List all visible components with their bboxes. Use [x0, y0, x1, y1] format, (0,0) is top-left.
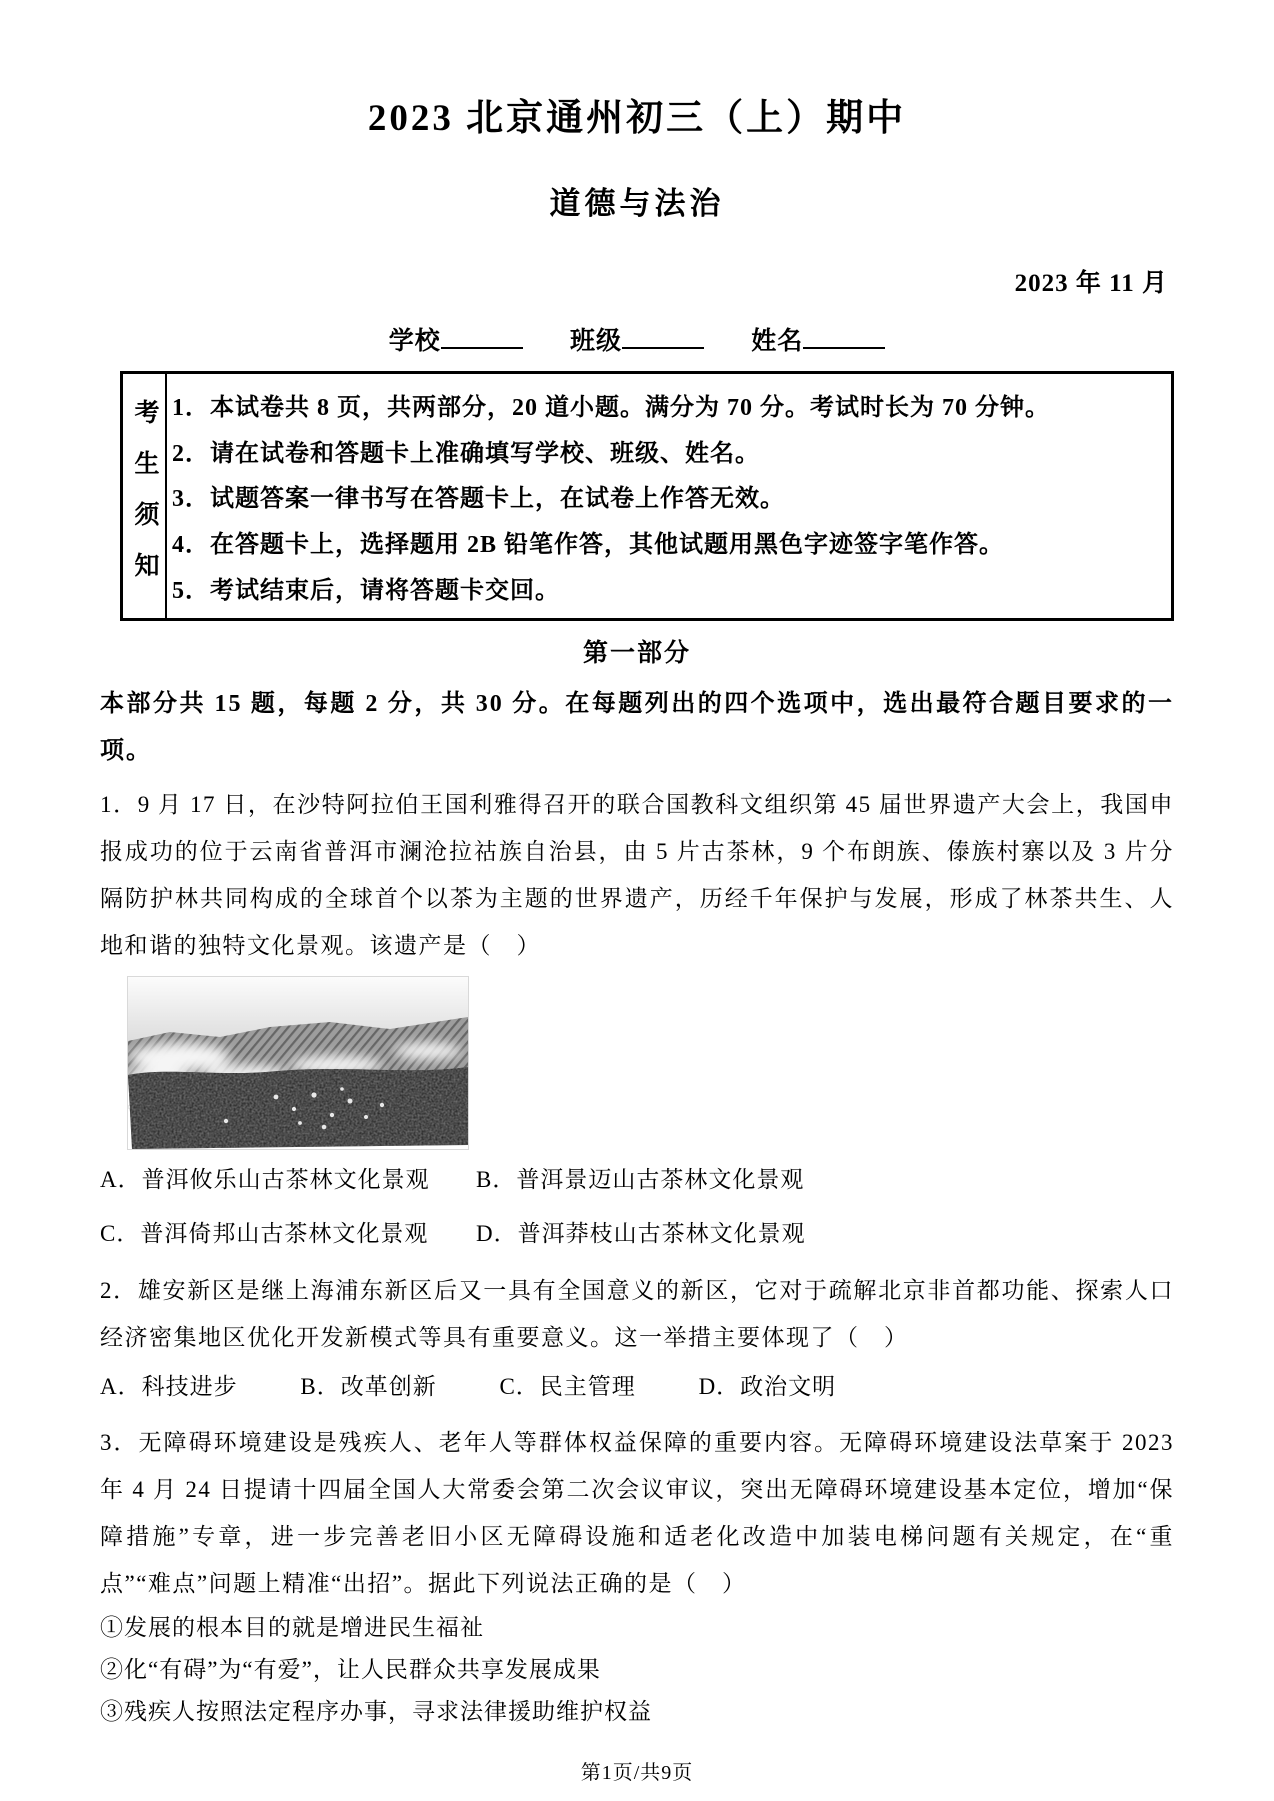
question-2-option-a: A．科技进步: [100, 1374, 238, 1399]
question-3-statement-3: ③残疾人按照法定程序办事，寻求法律援助维护权益: [100, 1691, 1174, 1733]
part1-heading: 第一部分: [100, 633, 1174, 669]
question-3-statement-2: ②化“有碍”为“有爱”，让人民群众共享发展成果: [100, 1649, 1174, 1691]
notice-item-3: 3．试题答案一律书写在答题卡上，在试卷上作答无效。: [172, 478, 1169, 513]
exam-paper-page: 2023 北京通州初三（上）期中 道德与法治 2023 年 11 月 学校 班级…: [0, 0, 1274, 1801]
question-1-options: A．普洱攸乐山古茶林文化景观 B．普洱景迈山古茶林文化景观 C．普洱倚邦山古茶林…: [100, 1153, 1174, 1261]
class-fill-group: 班级: [570, 328, 704, 355]
part1-intro: 本部分共 15 题，每题 2 分，共 30 分。在每题列出的四个选项中，选出最符…: [100, 681, 1174, 775]
page-footer: 第1页/共9页: [0, 1756, 1274, 1785]
exam-date: 2023 年 11 月: [100, 263, 1174, 299]
tea-forest-photo-svg: [128, 977, 468, 1149]
notice-item-2: 2．请在试卷和答题卡上准确填写学校、班级、姓名。: [172, 433, 1169, 468]
notice-item-1: 1．本试卷共 8 页，共两部分，20 道小题。满分为 70 分。考试时长为 70…: [172, 387, 1169, 422]
question-3-statement-1: ①发展的根本目的就是增进民生福祉: [100, 1607, 1174, 1649]
question-1-photo: [128, 977, 468, 1149]
question-1-option-b: B．普洱景迈山古茶林文化景观: [476, 1153, 1174, 1207]
photo-forest-texture: [128, 1067, 468, 1149]
question-1-option-d: D．普洱莽枝山古茶林文化景观: [476, 1207, 1174, 1261]
candidate-notice-box: 考生须知 1．本试卷共 8 页，共两部分，20 道小题。满分为 70 分。考试时…: [120, 371, 1174, 621]
question-1-option-c: C．普洱倚邦山古茶林文化景观: [100, 1207, 476, 1261]
class-blank-field[interactable]: [622, 322, 704, 349]
school-fill-group: 学校: [389, 328, 523, 355]
question-2-options: A．科技进步 B．改革创新 C．民主管理 D．政治文明: [100, 1361, 1174, 1413]
subject-title: 道德与法治: [100, 178, 1174, 223]
page-title: 2023 北京通州初三（上）期中: [100, 0, 1174, 140]
question-2-text: 2．雄安新区是继上海浦东新区后又一具有全国意义的新区，它对于疏解北京非首都功能、…: [100, 1267, 1174, 1361]
notice-item-5: 5．考试结束后，请将答题卡交回。: [172, 570, 1169, 605]
question-3-statements: ①发展的根本目的就是增进民生福祉 ②化“有碍”为“有爱”，让人民群众共享发展成果…: [100, 1607, 1174, 1733]
notice-item-list: 1．本试卷共 8 页，共两部分，20 道小题。满分为 70 分。考试时长为 70…: [167, 374, 1171, 618]
question-1-text: 1．9 月 17 日，在沙特阿拉伯王国利雅得召开的联合国教科文组织第 45 届世…: [100, 781, 1174, 969]
name-fill-group: 姓名: [751, 328, 885, 355]
question-2-option-c: C．民主管理: [499, 1374, 635, 1399]
student-info-line: 学校 班级 姓名: [100, 321, 1174, 357]
notice-item-4: 4．在答题卡上，选择题用 2B 铅笔作答，其他试题用黑色字迹签字笔作答。: [172, 524, 1169, 559]
question-3-text: 3．无障碍环境建设是残疾人、老年人等群体权益保障的重要内容。无障碍环境建设法草案…: [100, 1419, 1174, 1607]
name-label: 姓名: [751, 328, 803, 355]
question-1-option-a: A．普洱攸乐山古茶林文化景观: [100, 1153, 476, 1207]
name-blank-field[interactable]: [803, 322, 885, 349]
notice-side-label: 考生须知: [123, 374, 167, 618]
class-label: 班级: [570, 328, 622, 355]
school-label: 学校: [389, 328, 441, 355]
question-2-option-d: D．政治文明: [699, 1374, 837, 1399]
school-blank-field[interactable]: [441, 322, 523, 349]
question-2-option-b: B．改革创新: [300, 1374, 436, 1399]
